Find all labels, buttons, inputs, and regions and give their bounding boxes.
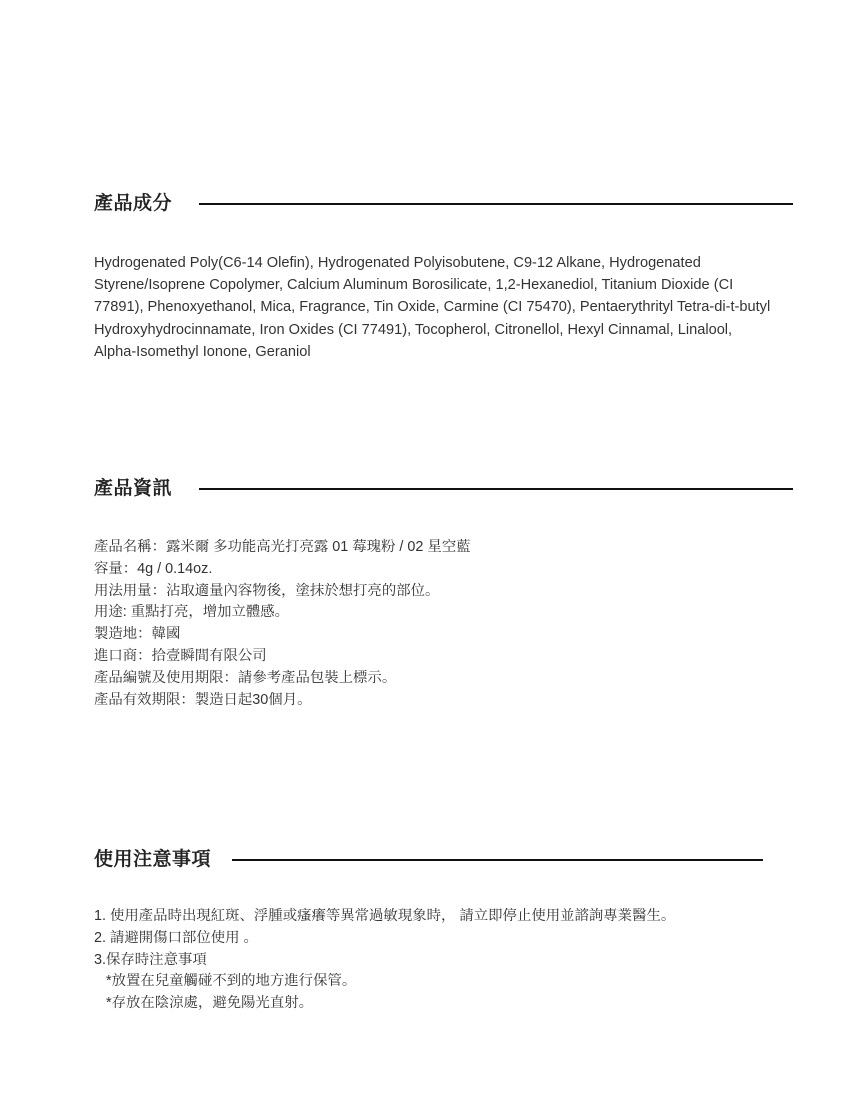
precaution-subitem: *放置在兒童觸碰不到的地方進行保管。 [94, 971, 675, 993]
capacity-line: 容量：4g / 0.14oz. [94, 559, 471, 581]
product-info-header: 產品資訊 [94, 477, 793, 501]
usage-line: 用法用量：沾取適量內容物後，塗抹於想打亮的部位。 [94, 581, 471, 603]
section-divider [232, 859, 763, 861]
precaution-item: 3.保存時注意事項 [94, 950, 675, 972]
batch-expiry-line: 產品編號及使用期限：請參考產品包裝上標示。 [94, 668, 471, 690]
precaution-item: 1. 使用產品時出現紅斑、浮腫或瘙癢等異常過敏現象時， 請立即停止使用並諮詢專業… [94, 906, 675, 928]
product-info-title: 產品資訊 [94, 477, 172, 501]
precaution-subitem: *存放在陰涼處，避免陽光直射。 [94, 993, 675, 1015]
importer-line: 進口商：拾壹瞬間有限公司 [94, 646, 471, 668]
product-info-list: 產品名稱：露米爾 多功能高光打亮露 01 莓瑰粉 / 02 星空藍 容量：4g … [94, 537, 471, 711]
ingredients-text: Hydrogenated Poly(C6-14 Olefin), Hydroge… [94, 252, 774, 363]
precautions-list: 1. 使用產品時出現紅斑、浮腫或瘙癢等異常過敏現象時， 請立即停止使用並諮詢專業… [94, 906, 675, 1015]
shelf-life-line: 產品有效期限：製造日起30個月。 [94, 690, 471, 712]
origin-line: 製造地：韓國 [94, 624, 471, 646]
ingredients-title: 產品成分 [94, 192, 172, 216]
ingredients-header: 產品成分 [94, 192, 793, 216]
section-divider [199, 203, 793, 205]
precaution-item: 2. 請避開傷口部位使用 。 [94, 928, 675, 950]
product-name-line: 產品名稱：露米爾 多功能高光打亮露 01 莓瑰粉 / 02 星空藍 [94, 537, 471, 559]
precautions-header: 使用注意事項 [94, 848, 763, 872]
section-divider [199, 488, 793, 490]
precautions-title: 使用注意事項 [94, 848, 211, 872]
purpose-line: 用途: 重點打亮，增加立體感。 [94, 602, 471, 624]
